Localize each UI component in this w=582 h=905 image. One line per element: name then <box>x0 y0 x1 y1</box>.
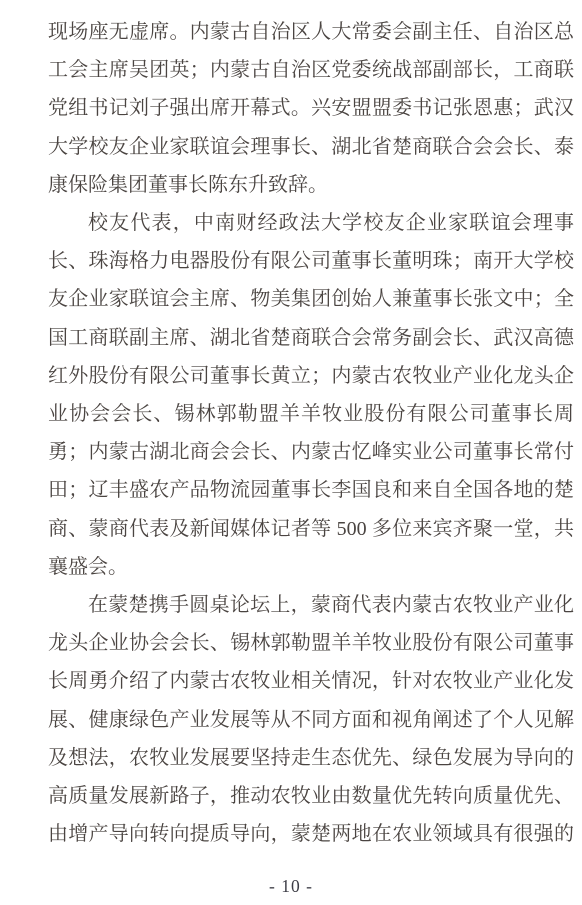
text-line: 长周勇介绍了内蒙古农牧业相关情况，针对农牧业产业化发 <box>48 662 574 700</box>
text-line: 龙头企业协会会长、锡林郭勒盟羊羊牧业股份有限公司董事 <box>48 624 574 662</box>
text-line: 田；辽丰盛农产品物流园董事长李国良和来自全国各地的楚 <box>48 471 574 509</box>
text-line: 展、健康绿色产业发展等从不同方面和视角阐述了个人见解 <box>48 701 574 739</box>
text-line: 党组书记刘子强出席开幕式。兴安盟盟委书记张恩惠；武汉 <box>48 89 574 127</box>
text-line: 业协会会长、锡林郭勒盟羊羊牧业股份有限公司董事长周 <box>48 395 574 433</box>
text-line: 由增产导向转向提质导向，蒙楚两地在农业领域具有很强的 <box>48 815 574 853</box>
text-line: 勇；内蒙古湖北商会会长、内蒙古忆峰实业公司董事长常付 <box>48 433 574 471</box>
paragraph: 在蒙楚携手圆桌论坛上，蒙商代表内蒙古农牧业产业化 龙头企业协会会长、锡林郭勒盟羊… <box>48 586 574 853</box>
paragraph: 校友代表，中南财经政法大学校友企业家联谊会理事 长、珠海格力电器股份有限公司董事… <box>48 204 574 586</box>
text-line: 及想法，农牧业发展要坚持走生态优先、绿色发展为导向的 <box>48 739 574 777</box>
text-line: 校友代表，中南财经政法大学校友企业家联谊会理事 <box>48 204 574 242</box>
text-line: 商、蒙商代表及新闻媒体记者等 500 多位来宾齐聚一堂，共 <box>48 510 574 548</box>
text-line: 襄盛会。 <box>48 548 574 586</box>
paragraph: 现场座无虚席。内蒙古自治区人大常委会副主任、自治区总 工会主席吴团英；内蒙古自治… <box>48 13 574 204</box>
page-footer: - 10 - <box>0 876 582 897</box>
text-line: 长、珠海格力电器股份有限公司董事长董明珠；南开大学校 <box>48 242 574 280</box>
text-line: 高质量发展新路子，推动农牧业由数量优先转向质量优先、 <box>48 777 574 815</box>
text-line: 国工商联副主席、湖北省楚商联合会常务副会长、武汉高德 <box>48 319 574 357</box>
text-line: 工会主席吴团英；内蒙古自治区党委统战部副部长，工商联 <box>48 51 574 89</box>
page-number: - 10 - <box>269 876 313 896</box>
text-line: 现场座无虚席。内蒙古自治区人大常委会副主任、自治区总 <box>48 13 574 51</box>
document-page: 现场座无虚席。内蒙古自治区人大常委会副主任、自治区总 工会主席吴团英；内蒙古自治… <box>0 0 582 905</box>
text-line: 在蒙楚携手圆桌论坛上，蒙商代表内蒙古农牧业产业化 <box>48 586 574 624</box>
text-line: 大学校友企业家联谊会理事长、湖北省楚商联合会会长、泰 <box>48 128 574 166</box>
text-line: 友企业家联谊会主席、物美集团创始人兼董事长张文中；全 <box>48 280 574 318</box>
text-line: 红外股份有限公司董事长黄立；内蒙古农牧业产业化龙头企 <box>48 357 574 395</box>
document-body: 现场座无虚席。内蒙古自治区人大常委会副主任、自治区总 工会主席吴团英；内蒙古自治… <box>48 13 574 853</box>
text-line: 康保险集团董事长陈东升致辞。 <box>48 166 574 204</box>
